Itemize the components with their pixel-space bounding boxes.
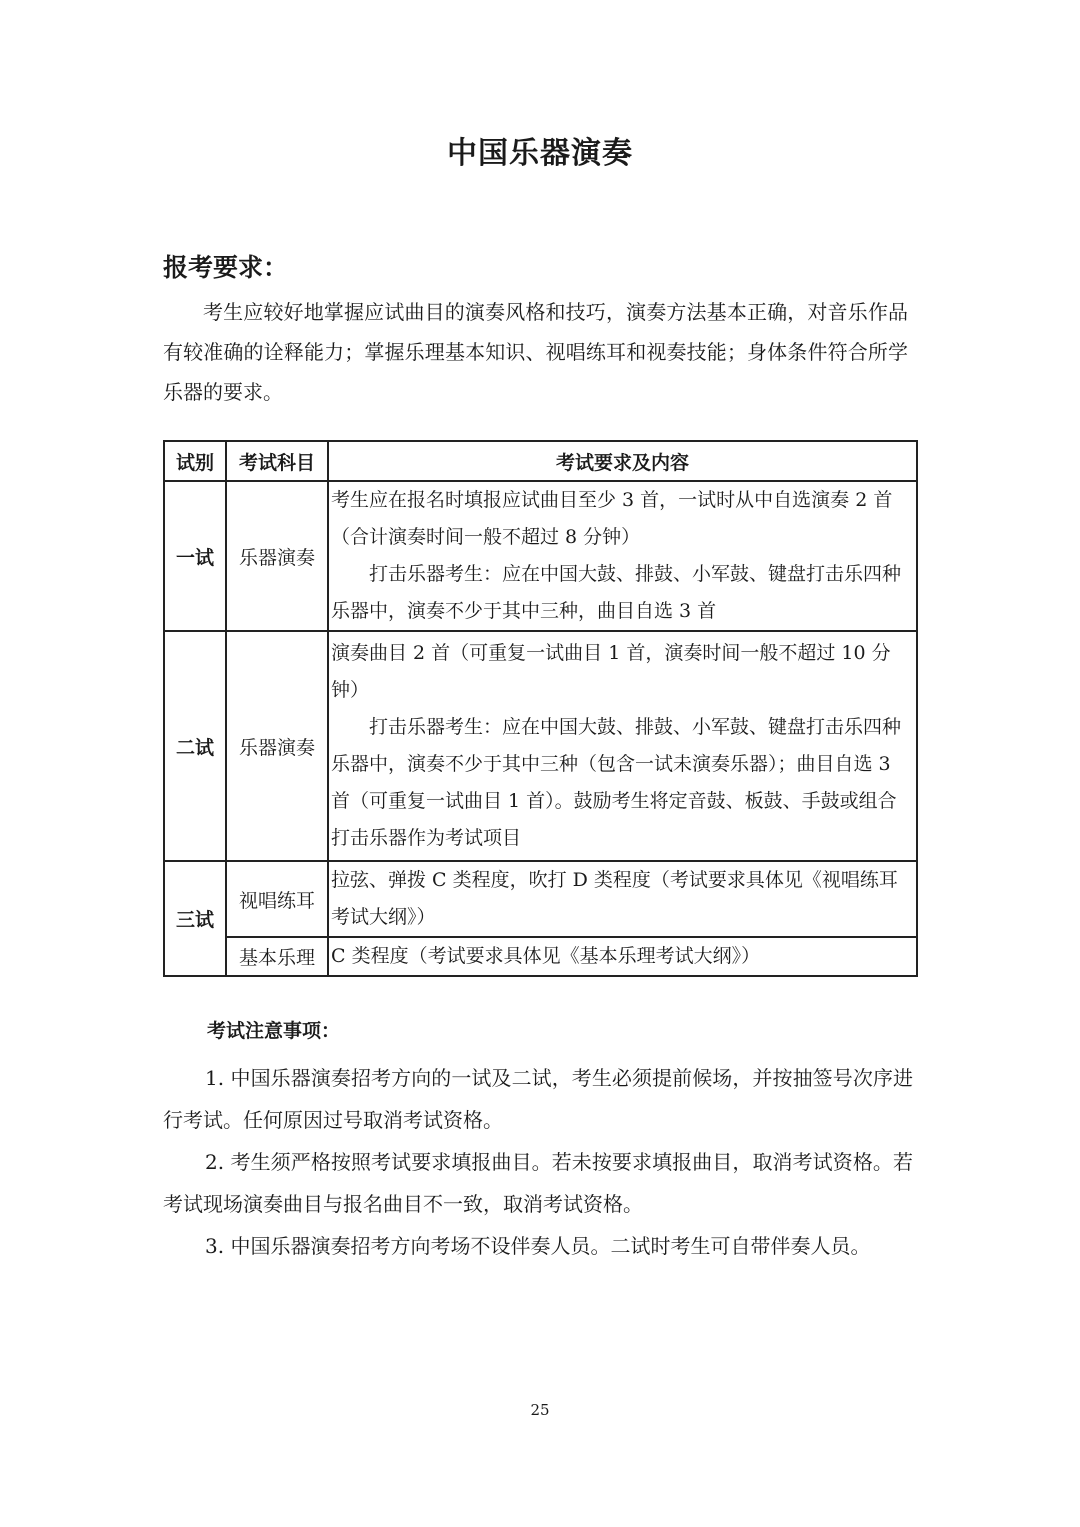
section-heading-requirements: 报考要求： [163, 248, 288, 284]
header-subject: 考试科目 [226, 441, 328, 481]
header-content: 考试要求及内容 [328, 441, 917, 481]
page-number: 25 [0, 1401, 1080, 1419]
content-cell: C 类程度（考试要求具体见《基本乐理考试大纲》） [328, 937, 917, 976]
subject-cell: 视唱练耳 [226, 861, 328, 937]
page-title: 中国乐器演奏 [0, 128, 1080, 172]
content-cell: 演奏曲目 2 首（可重复一试曲目 1 首，演奏时间一般不超过 10 分钟） 打击… [328, 631, 917, 861]
subject-cell: 乐器演奏 [226, 481, 328, 631]
note-item: 1. 中国乐器演奏招考方向的一试及二试，考生必须提前候场，并按抽签号次序进行考试… [163, 1057, 913, 1141]
table-row: 三试 视唱练耳 拉弦、弹拨 C 类程度，吹打 D 类程度（考试要求具体见《视唱练… [164, 861, 917, 937]
note-item: 3. 中国乐器演奏招考方向考场不设伴奏人员。二试时考生可自带伴奏人员。 [163, 1225, 913, 1267]
notes-list: 1. 中国乐器演奏招考方向的一试及二试，考生必须提前候场，并按抽签号次序进行考试… [163, 1057, 913, 1267]
subject-cell: 乐器演奏 [226, 631, 328, 861]
content-paragraph: 打击乐器考生：应在中国大鼓、排鼓、小军鼓、键盘打击乐四种乐器中，演奏不少于其中三… [331, 556, 914, 630]
intro-paragraph: 考生应较好地掌握应试曲目的演奏风格和技巧，演奏方法基本正确，对音乐作品有较准确的… [163, 292, 908, 412]
exam-table: 试别 考试科目 考试要求及内容 一试 乐器演奏 考生应在报名时填报应试曲目至少 … [163, 440, 918, 977]
table-row: 基本乐理 C 类程度（考试要求具体见《基本乐理考试大纲》） [164, 937, 917, 976]
table-row: 二试 乐器演奏 演奏曲目 2 首（可重复一试曲目 1 首，演奏时间一般不超过 1… [164, 631, 917, 861]
content-paragraph: 考生应在报名时填报应试曲目至少 3 首，一试时从中自选演奏 2 首（合计演奏时间… [331, 482, 914, 556]
round-cell: 二试 [164, 631, 226, 861]
notes-heading: 考试注意事项： [207, 1016, 340, 1043]
subject-cell: 基本乐理 [226, 937, 328, 976]
header-round: 试别 [164, 441, 226, 481]
note-item: 2. 考生须严格按照考试要求填报曲目。若未按要求填报曲目，取消考试资格。若考试现… [163, 1141, 913, 1225]
content-cell: 考生应在报名时填报应试曲目至少 3 首，一试时从中自选演奏 2 首（合计演奏时间… [328, 481, 917, 631]
content-paragraph: 打击乐器考生：应在中国大鼓、排鼓、小军鼓、键盘打击乐四种乐器中，演奏不少于其中三… [331, 709, 914, 857]
table-header-row: 试别 考试科目 考试要求及内容 [164, 441, 917, 481]
round-cell: 三试 [164, 861, 226, 976]
table-row: 一试 乐器演奏 考生应在报名时填报应试曲目至少 3 首，一试时从中自选演奏 2 … [164, 481, 917, 631]
round-cell: 一试 [164, 481, 226, 631]
content-paragraph: 演奏曲目 2 首（可重复一试曲目 1 首，演奏时间一般不超过 10 分钟） [331, 635, 914, 709]
content-cell: 拉弦、弹拨 C 类程度，吹打 D 类程度（考试要求具体见《视唱练耳考试大纲》） [328, 861, 917, 937]
